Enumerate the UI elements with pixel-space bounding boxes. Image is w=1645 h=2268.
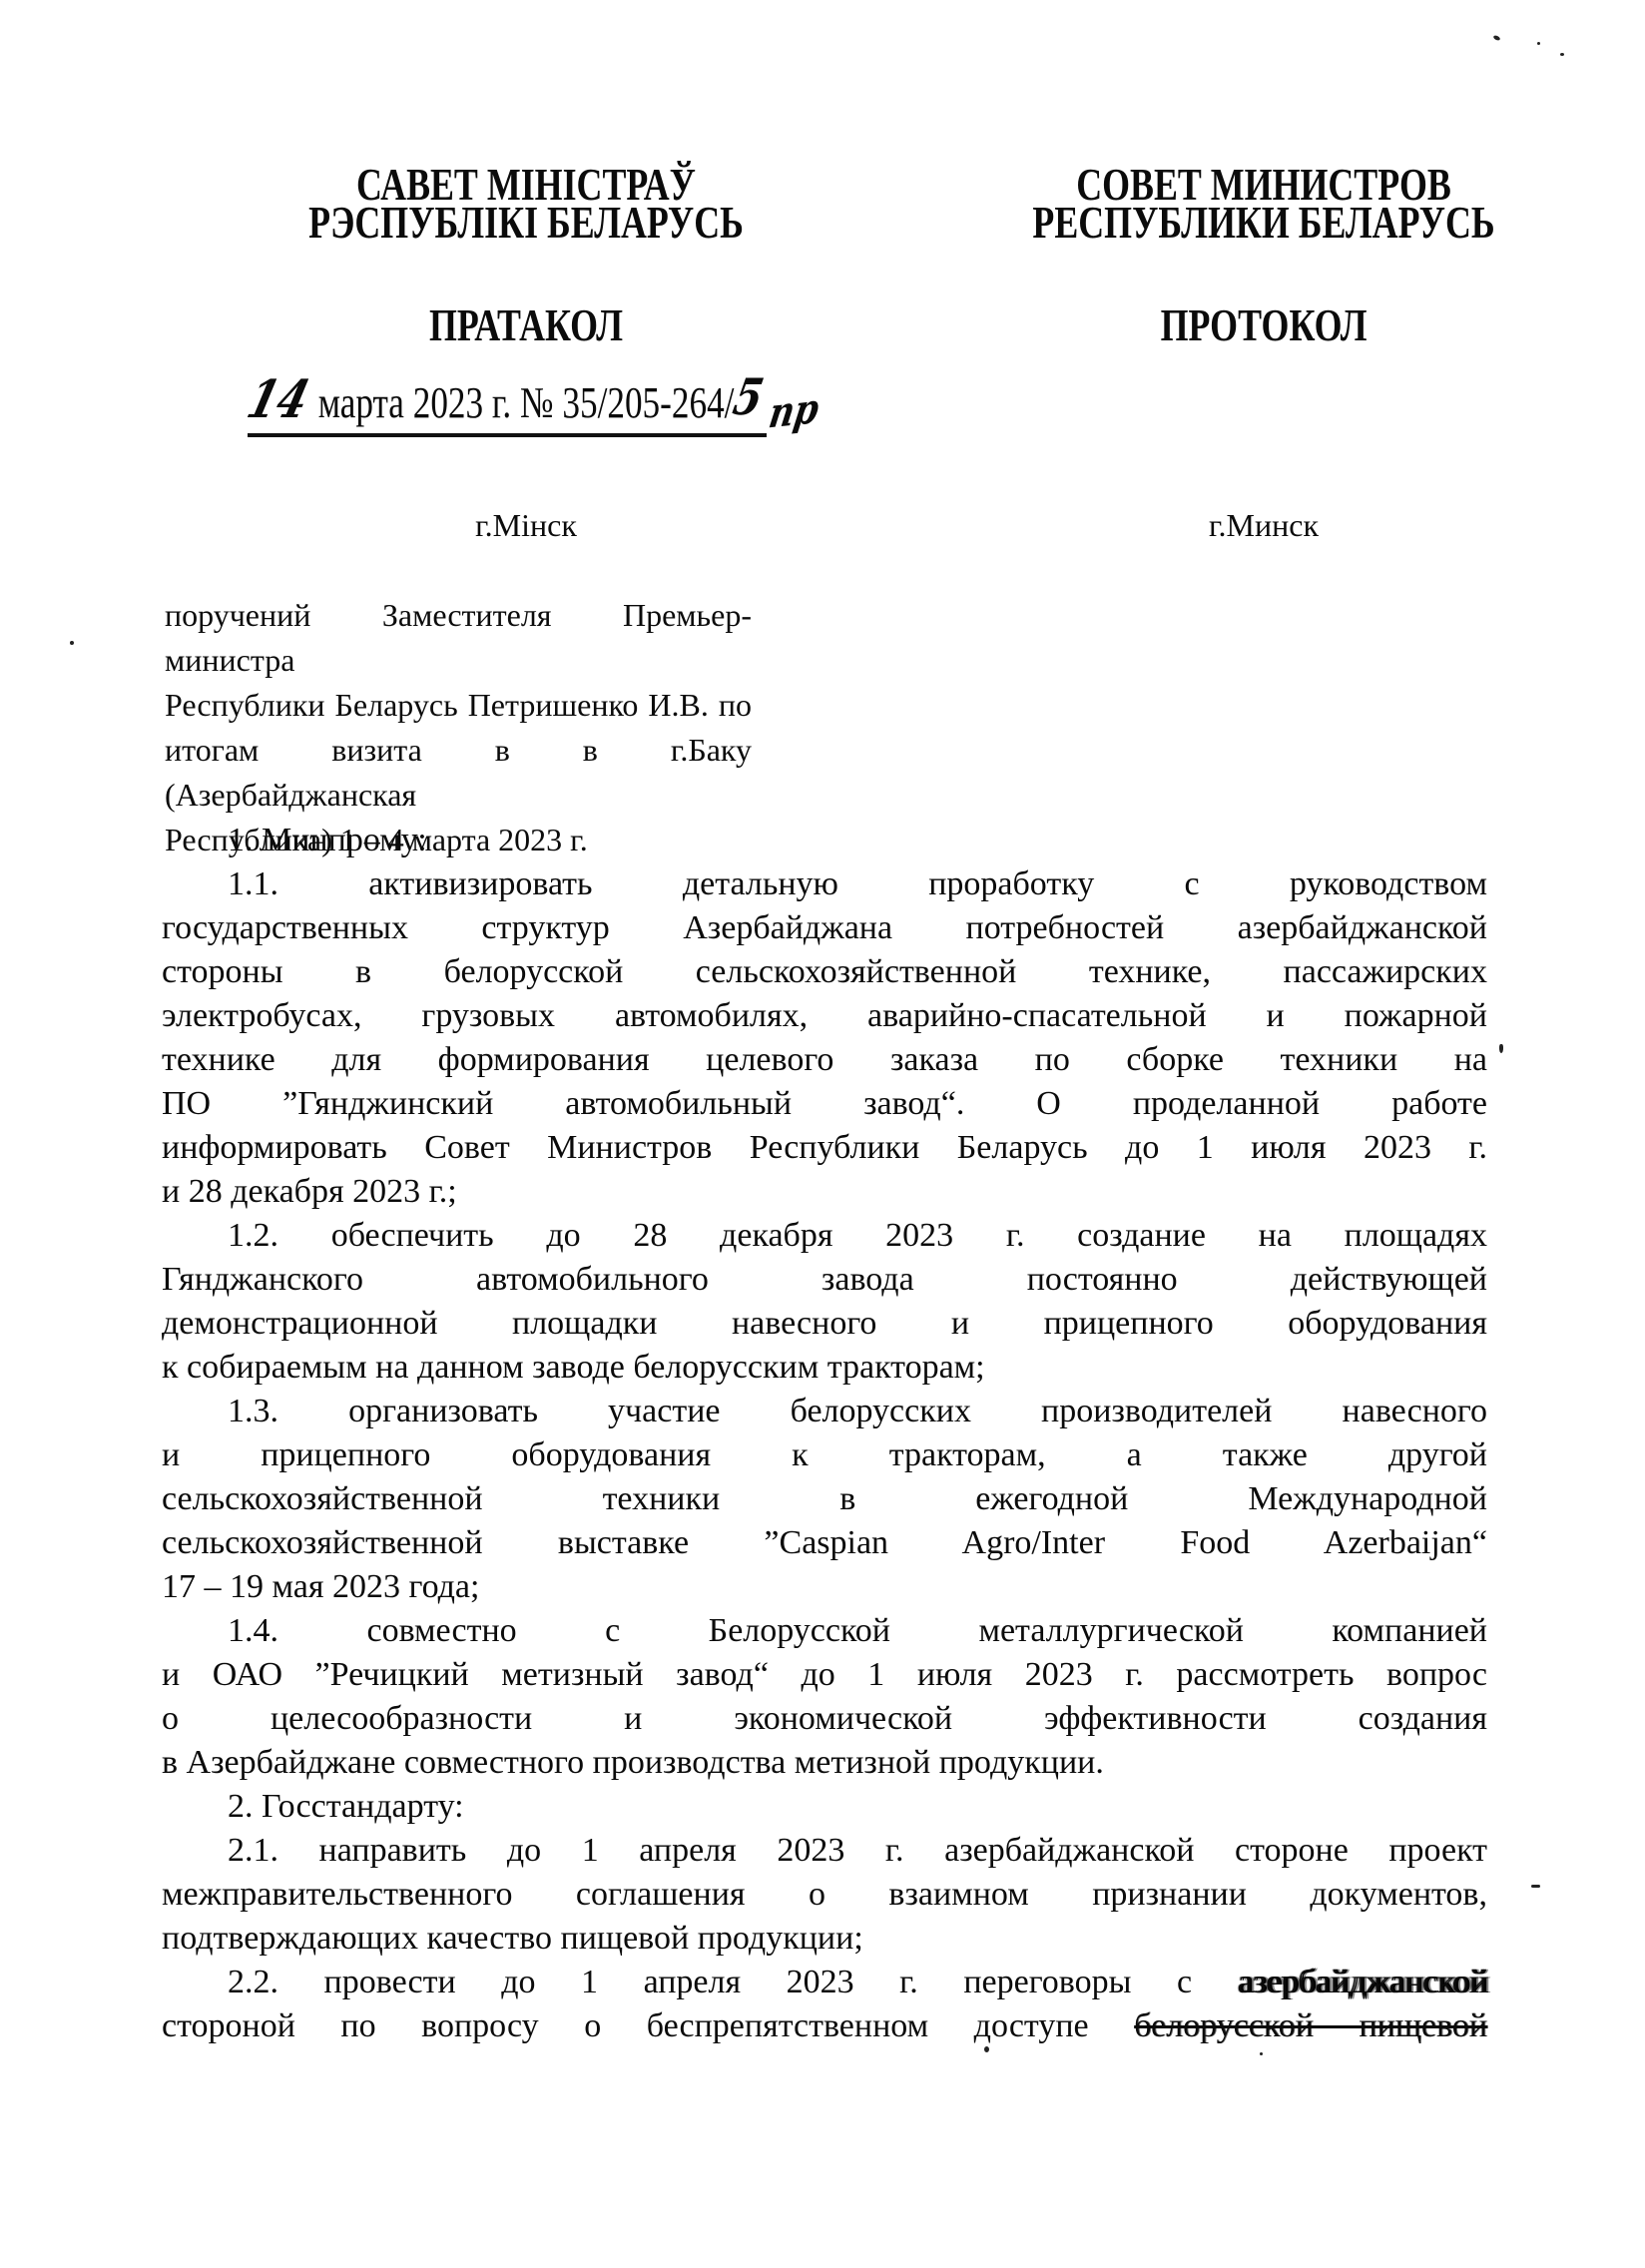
text-line: Республики Беларусь Петришенко И.В. по	[165, 683, 752, 728]
text-segment: сельскохозяйственной техники в ежегодной…	[162, 1480, 1487, 1517]
text-line: сельскохозяйственной техники в ежегодной…	[162, 1477, 1487, 1521]
text-line: 17 – 19 мая 2023 года;	[162, 1565, 1487, 1609]
dateline-underlined: 14марта 2023 г. № 35/205-264/5	[248, 377, 767, 437]
text-segment: 1.4. совместно с Белорусской металлургич…	[228, 1612, 1487, 1649]
text-line: межправительственного соглашения о взаим…	[162, 1873, 1487, 1917]
text-line: стороной по вопросу о беспрепятственном …	[162, 2004, 1487, 2048]
text-line: 2. Госстандарту:	[162, 1785, 1487, 1829]
text-line: информировать Совет Министров Республики…	[162, 1126, 1487, 1170]
text-segment: 2.2. провести до 1 апреля 2023 г. перего…	[228, 1964, 1238, 2000]
text-segment: Гянджанского автомобильного завода посто…	[162, 1261, 1487, 1298]
text-line: Гянджанского автомобильного завода посто…	[162, 1258, 1487, 1302]
artifact-text: белорусской пищевой	[1134, 2007, 1487, 2044]
text-segment: итогам визита в в г.Баку (Азербайджанска…	[165, 732, 752, 813]
text-segment: межправительственного соглашения о взаим…	[162, 1876, 1487, 1913]
handwritten-number: 5	[731, 377, 767, 417]
text-line: 1.1. активизировать детальную проработку…	[162, 862, 1487, 906]
doc-type-russian: ПРОТОКОЛ	[991, 298, 1536, 351]
text-segment: к собираемым на данном заводе белорусски…	[162, 1349, 985, 1386]
text-segment: стороной по вопросу о беспрепятственном …	[162, 2007, 1134, 2044]
text-segment: о целесообразности и экономической эффек…	[162, 1700, 1487, 1737]
text-segment: ПО ”Гянджинский автомобильный завод“. О …	[162, 1085, 1487, 1122]
text-line: о целесообразности и экономической эффек…	[162, 1697, 1487, 1741]
document-page: САВЕТ МІНІСТРАЎ РЭСПУБЛІКІ БЕЛАРУСЬ СОВЕ…	[0, 0, 1645, 2268]
text-segment: технике для формирования целевого заказа…	[162, 1041, 1487, 1078]
city-left: г.Мінск	[376, 507, 676, 544]
scan-speck	[1537, 42, 1540, 45]
org-name-belarusian: САВЕТ МІНІСТРАЎ РЭСПУБЛІКІ БЕЛАРУСЬ	[254, 166, 799, 242]
dateline-typed: марта 2023 г. № 35/205-264/	[318, 378, 735, 427]
text-line: электробусах, грузовых автомобилях, авар…	[162, 994, 1487, 1038]
handwritten-suffix: пр	[766, 383, 822, 437]
text-line: 1.4. совместно с Белорусской металлургич…	[162, 1609, 1487, 1653]
dateline: 14марта 2023 г. № 35/205-264/5пр	[248, 377, 820, 437]
scan-speck	[1492, 35, 1500, 42]
text-line: итогам визита в в г.Баку (Азербайджанска…	[165, 728, 752, 818]
text-segment: 1.2. обеспечить до 28 декабря 2023 г. со…	[228, 1217, 1487, 1254]
text-line: подтверждающих качество пищевой продукци…	[162, 1917, 1487, 1961]
org-name-belarusian-line2: РЭСПУБЛІКІ БЕЛАРУСЬ	[254, 204, 799, 242]
text-line: ПО ”Гянджинский автомобильный завод“. О …	[162, 1082, 1487, 1126]
scan-speck	[70, 641, 74, 645]
text-segment: и 28 декабря 2023 г.;	[162, 1173, 457, 1210]
text-line: стороны в белорусской сельскохозяйственн…	[162, 950, 1487, 994]
text-line: 2.1. направить до 1 апреля 2023 г. азерб…	[162, 1829, 1487, 1873]
text-segment: стороны в белорусской сельскохозяйственн…	[162, 953, 1487, 990]
text-segment: в Азербайджане совместного производства …	[162, 1744, 1104, 1781]
text-line: государственных структур Азербайджана по…	[162, 906, 1487, 950]
scan-speck	[1531, 1885, 1540, 1888]
text-line: к собираемым на данном заводе белорусски…	[162, 1346, 1487, 1390]
text-line: поручений Заместителя Премьер-министра	[165, 593, 752, 683]
text-line: в Азербайджане совместного производства …	[162, 1741, 1487, 1785]
text-line: 1.2. обеспечить до 28 декабря 2023 г. со…	[162, 1214, 1487, 1258]
text-segment: поручений Заместителя Премьер-министра	[165, 597, 752, 678]
text-line: демонстрационной площадки навесного и пр…	[162, 1302, 1487, 1346]
handwritten-day: 14	[244, 380, 311, 420]
text-segment: 17 – 19 мая 2023 года;	[162, 1568, 479, 1605]
text-segment: Республики Беларусь Петришенко И.В. по	[165, 687, 752, 723]
text-segment: 1.1. активизировать детальную проработку…	[228, 865, 1487, 902]
scan-speck	[1499, 1044, 1503, 1053]
artifact-text: азербайджанской	[1238, 1964, 1487, 2000]
org-name-russian-line2: РЕСПУБЛИКИ БЕЛАРУСЬ	[991, 204, 1536, 242]
text-segment: 2. Госстандарту:	[228, 1788, 464, 1825]
text-segment: 1. Минпрому:	[228, 822, 427, 858]
text-line: технике для формирования целевого заказа…	[162, 1038, 1487, 1082]
text-line: сельскохозяйственной выставке ”Caspian A…	[162, 1521, 1487, 1565]
text-segment: государственных структур Азербайджана по…	[162, 909, 1487, 946]
org-name-russian: СОВЕТ МИНИСТРОВ РЕСПУБЛИКИ БЕЛАРУСЬ	[991, 166, 1536, 242]
text-line: и прицепного оборудования к тракторам, а…	[162, 1433, 1487, 1477]
text-line: и ОАО ”Речицкий метизный завод“ до 1 июл…	[162, 1653, 1487, 1697]
text-line: 1. Минпрому:	[162, 819, 1487, 862]
scan-speck	[1560, 53, 1564, 56]
text-segment: и прицепного оборудования к тракторам, а…	[162, 1436, 1487, 1473]
text-segment: и ОАО ”Речицкий метизный завод“ до 1 июл…	[162, 1656, 1487, 1693]
body-text: 1. Минпрому:1.1. активизировать детальну…	[162, 819, 1487, 2048]
scan-speck	[1260, 2052, 1263, 2055]
text-line: 1.3. организовать участие белорусских пр…	[162, 1390, 1487, 1433]
city-right: г.Минск	[1114, 507, 1413, 544]
scan-speck	[984, 2046, 989, 2052]
text-segment: подтверждающих качество пищевой продукци…	[162, 1920, 863, 1957]
text-segment: 1.3. организовать участие белорусских пр…	[228, 1393, 1487, 1429]
text-segment: демонстрационной площадки навесного и пр…	[162, 1305, 1487, 1342]
text-segment: 2.1. направить до 1 апреля 2023 г. азерб…	[228, 1832, 1487, 1869]
text-line: 2.2. провести до 1 апреля 2023 г. перего…	[162, 1961, 1487, 2004]
text-segment: электробусах, грузовых автомобилях, авар…	[162, 997, 1487, 1034]
text-segment: сельскохозяйственной выставке ”Caspian A…	[162, 1524, 1487, 1561]
text-segment: информировать Совет Министров Республики…	[162, 1129, 1487, 1166]
text-line: и 28 декабря 2023 г.;	[162, 1170, 1487, 1214]
doc-type-belarusian: ПРАТАКОЛ	[254, 298, 799, 351]
